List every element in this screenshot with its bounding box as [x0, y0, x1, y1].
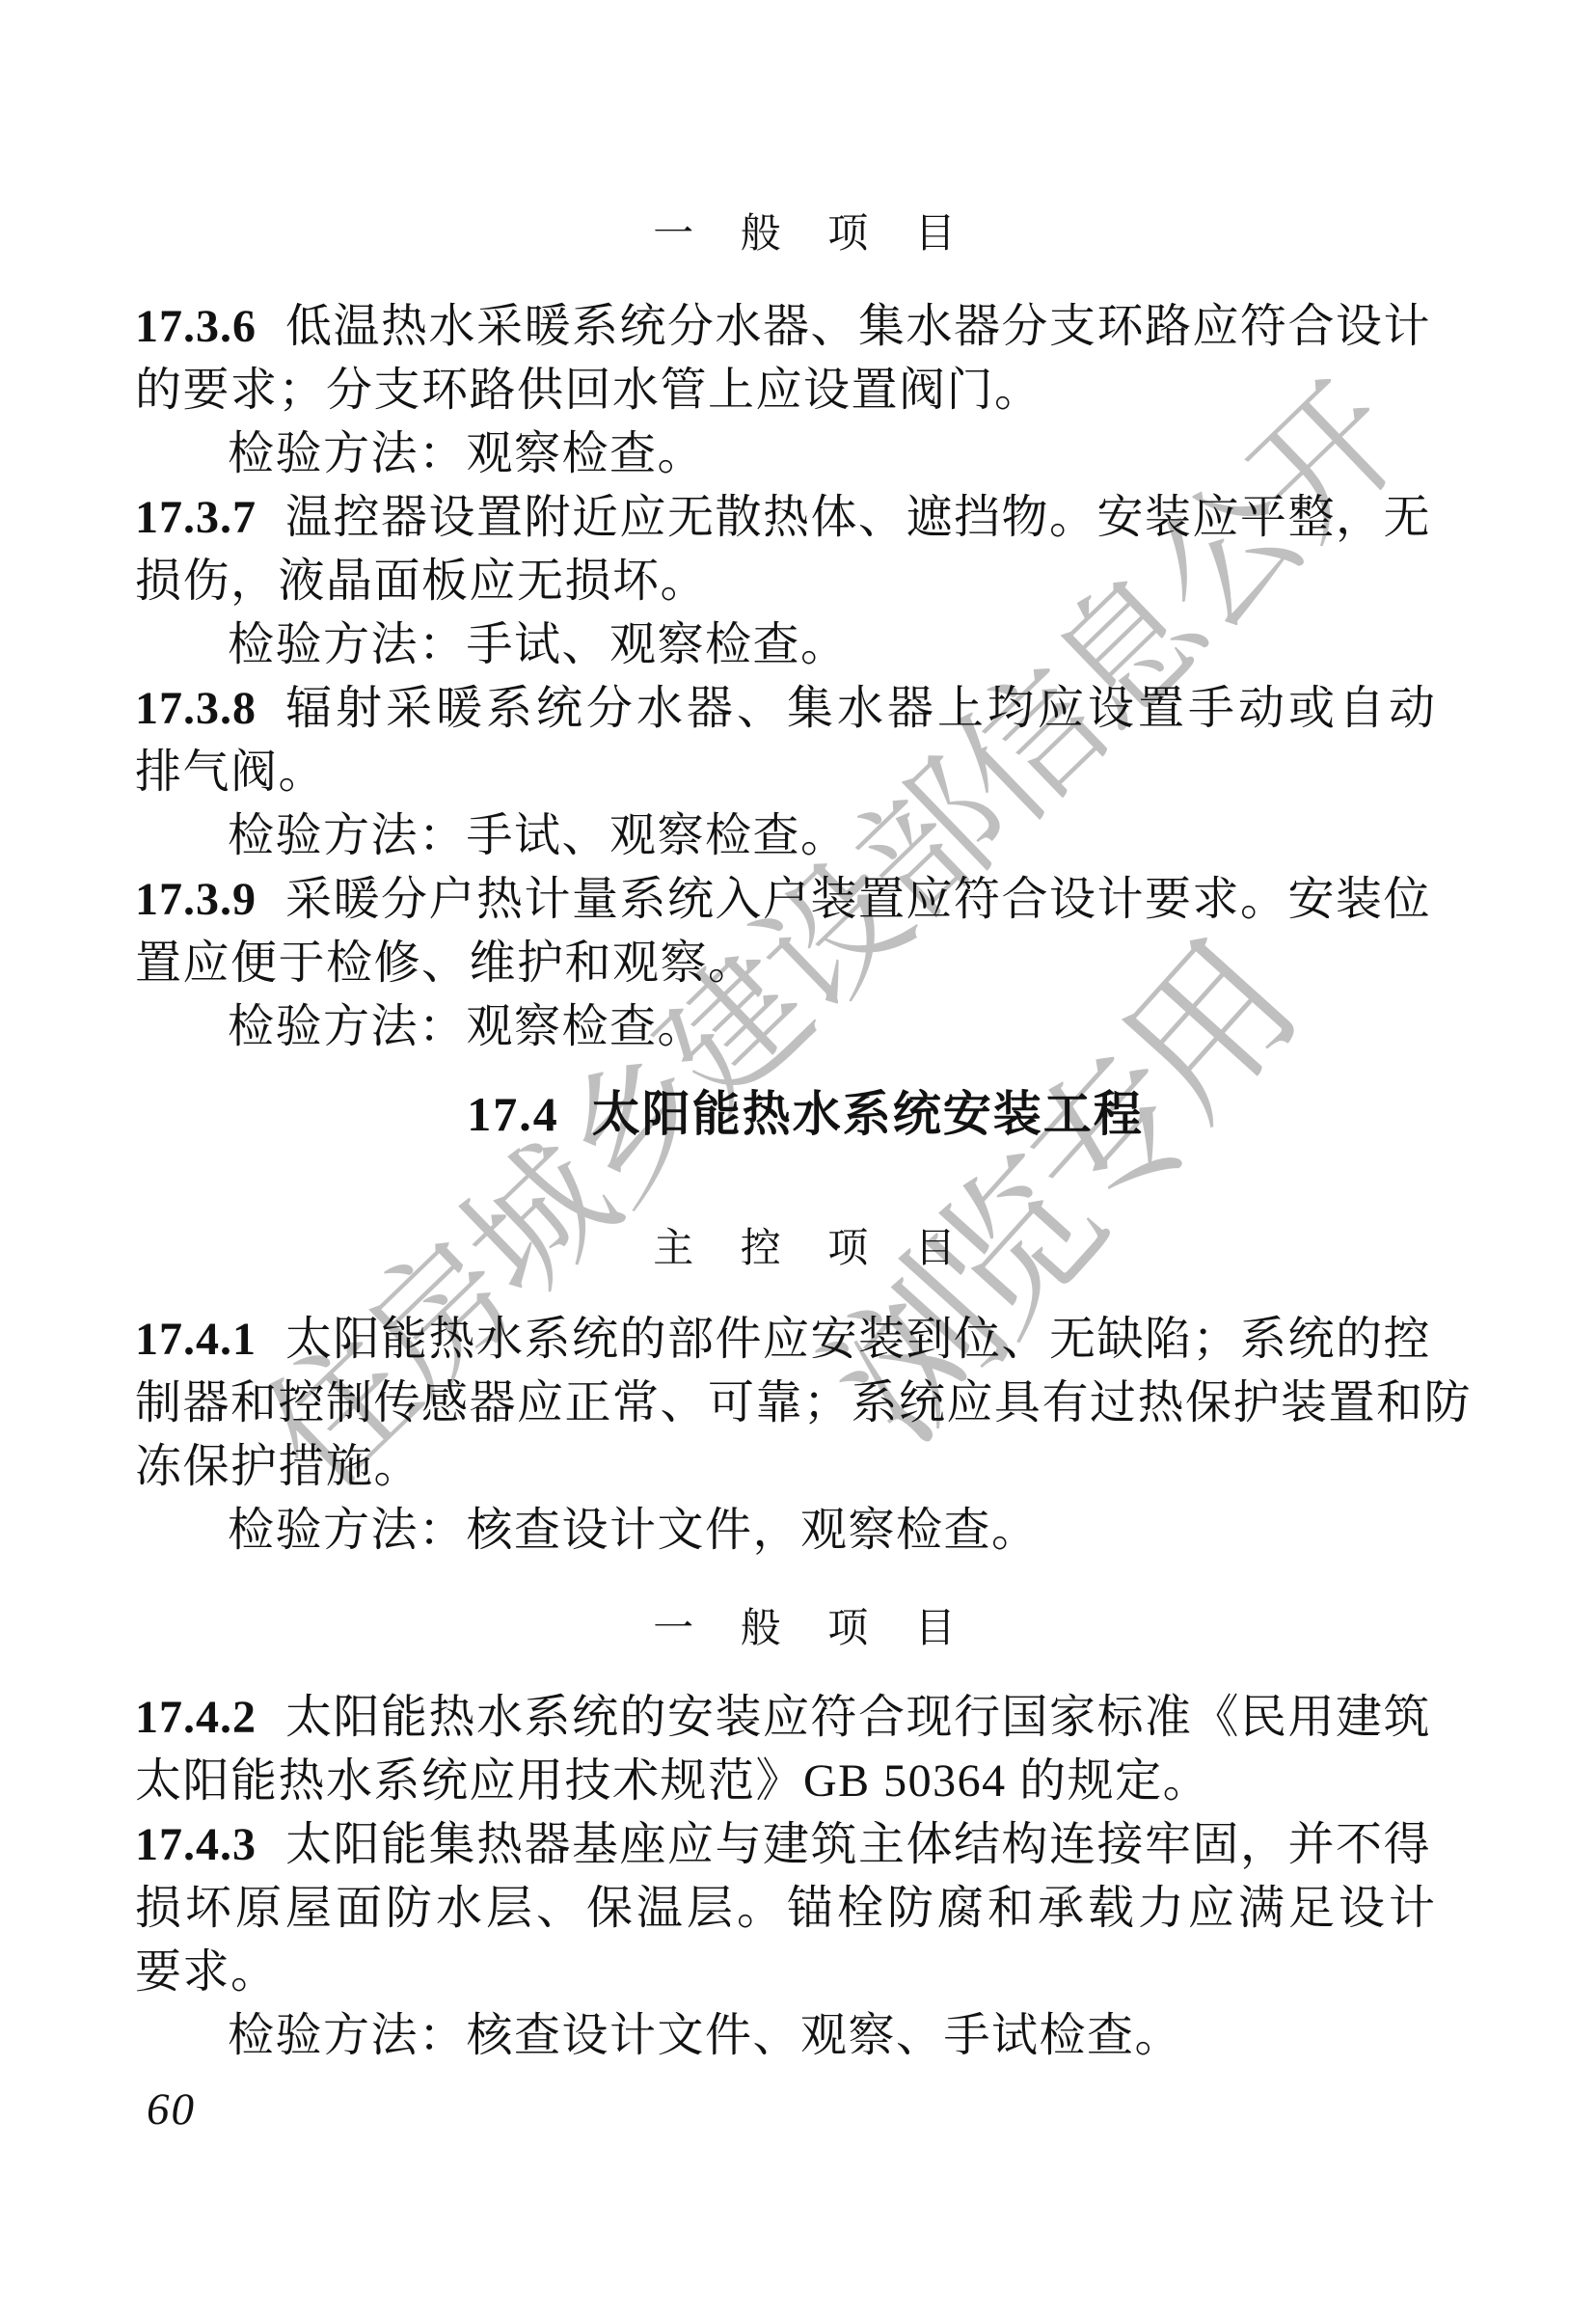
- clause-17-3-7-method: 检验方法：手试、观察检查。: [135, 613, 1475, 677]
- heading-general-items-1: 一 般 项 目: [135, 203, 1475, 266]
- clause-17-4-2-text-1: 太阳能热水系统的安装应符合现行国家标准《民用建筑: [285, 1692, 1431, 1743]
- clause-17-4-1-line-1: 17.4.1太阳能热水系统的部件应安装到位、无缺陷；系统的控: [135, 1308, 1475, 1372]
- clause-17-3-8-number: 17.3.8: [135, 683, 257, 734]
- clause-17-4-3-line-1: 17.4.3太阳能集热器基座应与建筑主体结构连接牢固，并不得: [135, 1813, 1475, 1877]
- clause-17-3-9-line-1: 17.3.9采暖分户热计量系统入户装置应符合设计要求。安装位: [135, 868, 1475, 932]
- clause-17-3-7-text-1: 温控器设置附近应无散热体、遮挡物。安装应平整，无: [285, 492, 1431, 543]
- clause-17-4-3-number: 17.4.3: [135, 1819, 257, 1870]
- clause-17-3-7-number: 17.3.7: [135, 492, 257, 543]
- clause-17-3-9-text-1: 采暖分户热计量系统入户装置应符合设计要求。安装位: [285, 874, 1431, 925]
- clause-17-3-6-text-1: 低温热水采暖系统分水器、集水器分支环路应符合设计: [285, 301, 1431, 352]
- clause-17-4-1-number: 17.4.1: [135, 1314, 257, 1365]
- clause-17-4-1-text-1: 太阳能热水系统的部件应安装到位、无缺陷；系统的控: [285, 1314, 1431, 1365]
- page-content: 一 般 项 目 17.3.6低温热水采暖系统分水器、集水器分支环路应符合设计 的…: [135, 0, 1475, 2068]
- section-title-17-4: 17.4太阳能热水系统安装工程: [135, 1080, 1475, 1148]
- clause-17-3-9-number: 17.3.9: [135, 874, 257, 925]
- clause-17-4-3-line-2: 损坏原屋面防水层、保温层。锚栓防腐和承载力应满足设计: [135, 1877, 1475, 1941]
- section-title-text: 太阳能热水系统安装工程: [592, 1087, 1144, 1141]
- clause-17-4-1-line-3: 冻保护措施。: [135, 1435, 1475, 1499]
- clause-17-3-6-line-2: 的要求；分支环路供回水管上应设置阀门。: [135, 359, 1475, 422]
- clause-17-3-9-line-2: 置应便于检修、维护和观察。: [135, 932, 1475, 995]
- page-number: 60: [147, 2083, 196, 2135]
- heading-main-control-items: 主 控 项 目: [135, 1217, 1475, 1281]
- clause-17-4-3-line-3: 要求。: [135, 1941, 1475, 2004]
- heading-general-items-2: 一 般 项 目: [135, 1597, 1475, 1661]
- clause-17-4-3-method: 检验方法：核查设计文件、观察、手试检查。: [135, 2004, 1475, 2068]
- clause-17-4-3-text-1: 太阳能集热器基座应与建筑主体结构连接牢固，并不得: [285, 1819, 1431, 1870]
- clause-17-3-8-text-1: 辐射采暖系统分水器、集水器上均应设置手动或自动: [285, 683, 1439, 734]
- clause-17-3-8-line-1: 17.3.8辐射采暖系统分水器、集水器上均应设置手动或自动: [135, 677, 1475, 741]
- clause-17-3-8-method: 检验方法：手试、观察检查。: [135, 804, 1475, 868]
- clause-17-4-2-number: 17.4.2: [135, 1692, 257, 1743]
- clause-17-3-6-method: 检验方法：观察检查。: [135, 422, 1475, 486]
- clause-17-3-6-number: 17.3.6: [135, 301, 257, 352]
- clause-17-3-6-line-1: 17.3.6低温热水采暖系统分水器、集水器分支环路应符合设计: [135, 295, 1475, 359]
- clause-17-4-2-line-2: 太阳能热水系统应用技术规范》GB 50364 的规定。: [135, 1750, 1475, 1813]
- section-title-number: 17.4: [467, 1087, 559, 1141]
- clause-17-3-9-method: 检验方法：观察检查。: [135, 995, 1475, 1059]
- document-page: 住房城乡建设部信息公开 浏览专用 一 般 项 目 17.3.6低温热水采暖系统分…: [0, 0, 1596, 2311]
- clause-17-4-1-method: 检验方法：核查设计文件，观察检查。: [135, 1499, 1475, 1563]
- clause-17-4-2-line-1: 17.4.2太阳能热水系统的安装应符合现行国家标准《民用建筑: [135, 1686, 1475, 1750]
- clause-17-4-1-line-2: 制器和控制传感器应正常、可靠；系统应具有过热保护装置和防: [135, 1372, 1475, 1435]
- clause-17-3-7-line-1: 17.3.7温控器设置附近应无散热体、遮挡物。安装应平整，无: [135, 486, 1475, 550]
- clause-17-3-8-line-2: 排气阀。: [135, 741, 1475, 804]
- clause-17-3-7-line-2: 损伤，液晶面板应无损坏。: [135, 550, 1475, 613]
